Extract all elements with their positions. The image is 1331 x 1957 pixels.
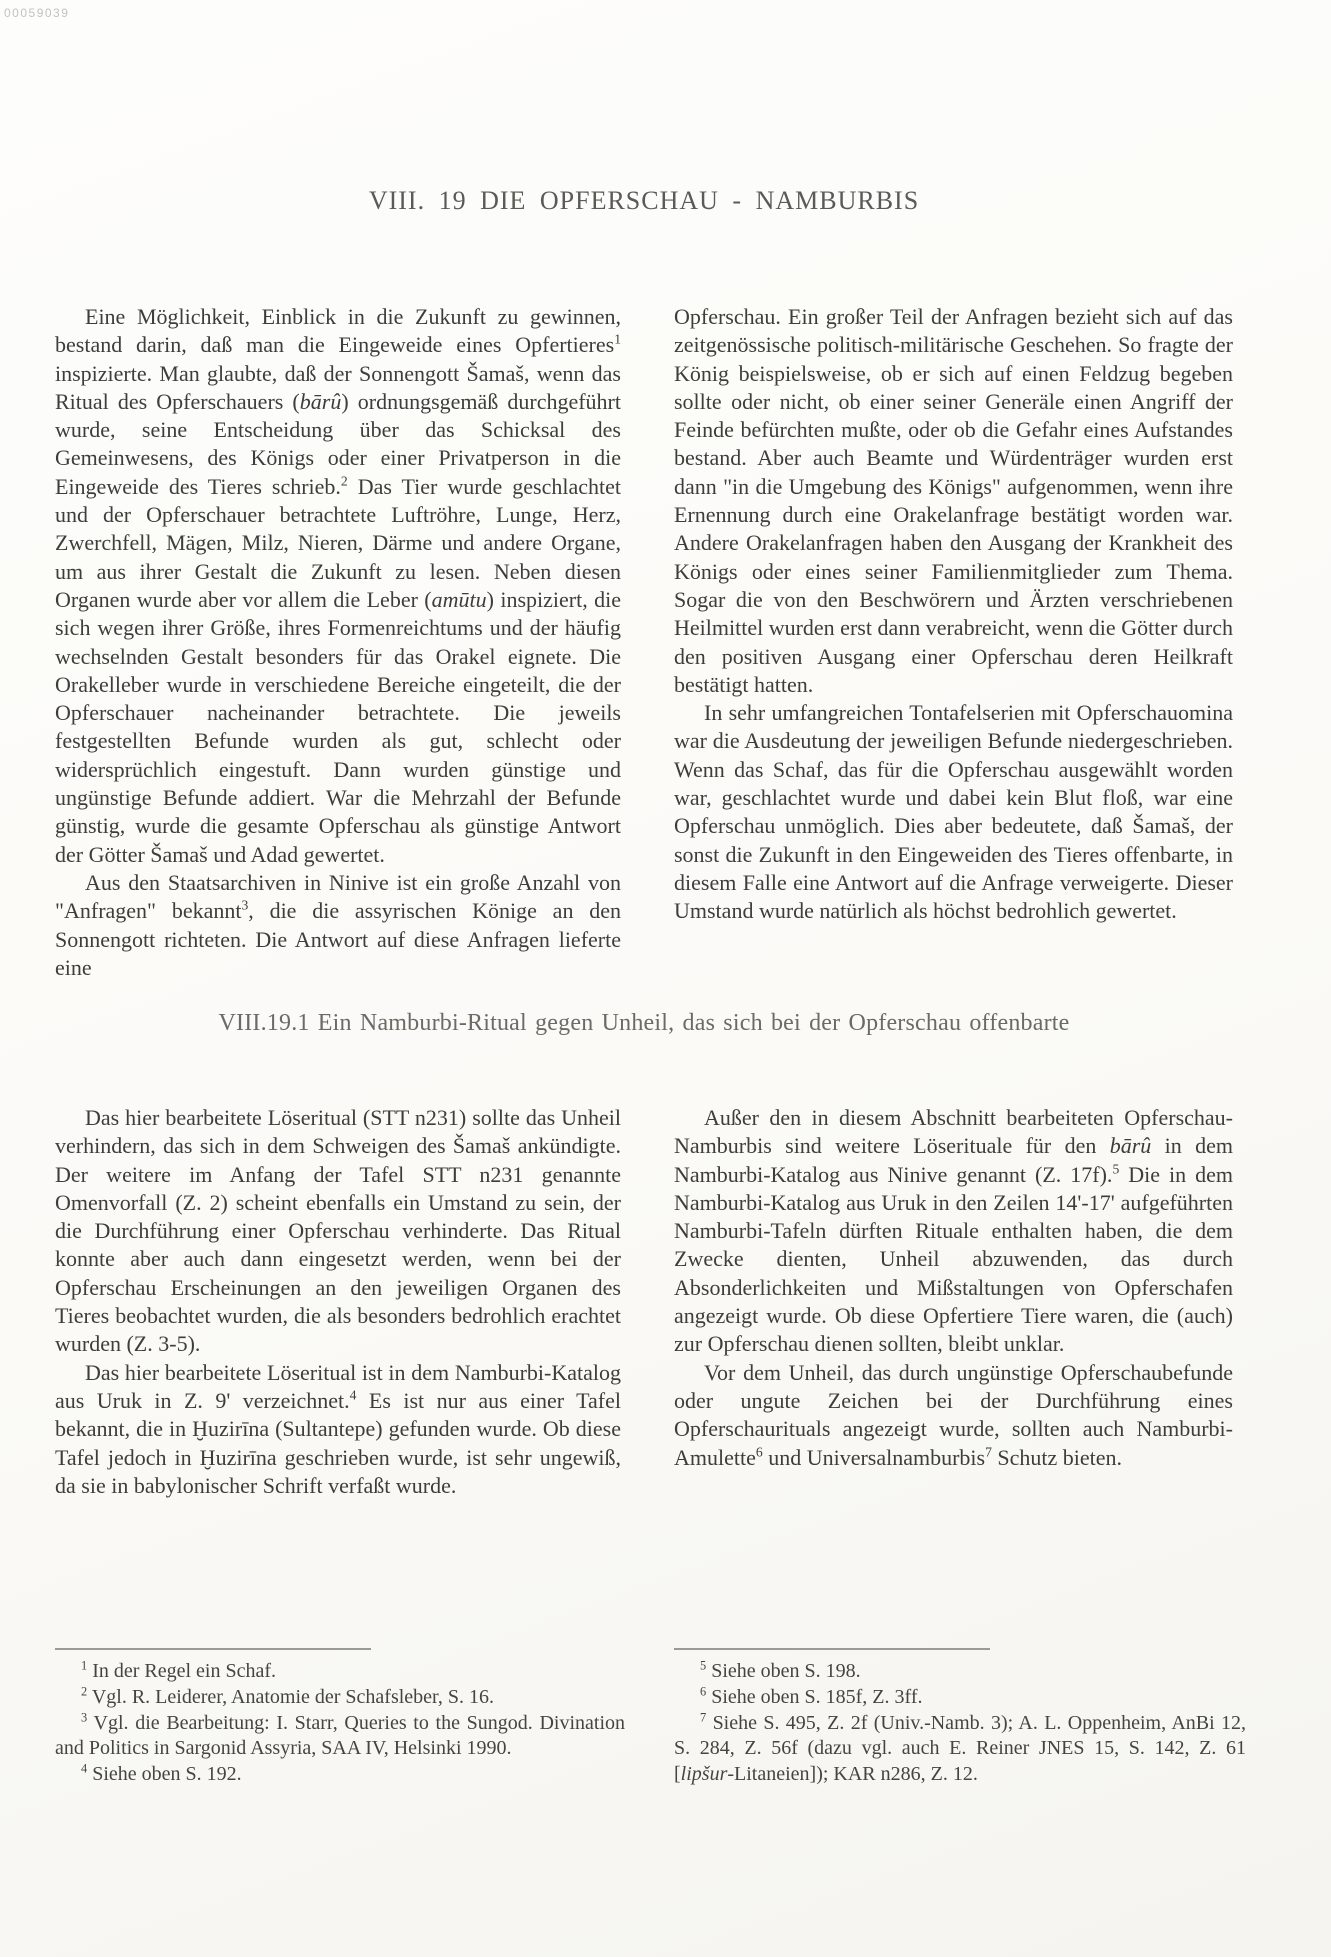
italic-term: lipšur [681, 1763, 728, 1785]
footnote-ref: 6 [756, 1444, 763, 1459]
paragraph: In sehr umfangreichen Tontafelserien mit… [674, 699, 1233, 925]
text-run: Siehe oben S. 185f, Z. 3ff. [711, 1686, 922, 1708]
italic-term: bārû [1110, 1133, 1152, 1158]
text-run: Siehe oben S. 198. [711, 1660, 860, 1682]
footnote: 5 Siehe oben S. 198. [674, 1659, 1246, 1685]
italic-term: amūtu [432, 587, 487, 612]
paragraph: Opferschau. Ein großer Teil der Anfragen… [674, 303, 1233, 699]
paragraph: Eine Möglichkeit, Einblick in die Zukunf… [55, 303, 621, 869]
footnote: 7 Siehe S. 495, Z. 2f (Univ.-Namb. 3); A… [674, 1711, 1246, 1788]
footnote: 1 In der Regel ein Schaf. [55, 1659, 625, 1685]
subsection-right-column: Außer den in diesem Abschnitt bearbeitet… [674, 1104, 1233, 1649]
footnote-marker: 2 [81, 1684, 87, 1698]
footnote: 3 Vgl. die Bearbeitung: I. Starr, Querie… [55, 1711, 625, 1763]
paragraph: Vor dem Unheil, das durch ungünstige Opf… [674, 1359, 1233, 1472]
footnote-list-left: 1 In der Regel ein Schaf.2 Vgl. R. Leide… [55, 1659, 625, 1788]
footnote-marker: 6 [700, 1684, 706, 1698]
footnote-marker: 1 [81, 1658, 87, 1672]
page-title: VIII. 19 DIE OPFERSCHAU - NAMBURBIS [55, 186, 1233, 216]
footnote-rule [674, 1648, 990, 1650]
scanned-book-page: 00059039 VIII. 19 DIE OPFERSCHAU - NAMBU… [0, 0, 1331, 1957]
text-run: Das hier bearbeitete Löseritual (STT n23… [55, 1105, 621, 1356]
text-run: Schutz bieten. [992, 1445, 1122, 1470]
text-run: In der Regel ein Schaf. [92, 1660, 276, 1682]
paragraph: Aus den Staatsarchiven in Ninive ist ein… [55, 869, 621, 982]
paragraph: Das hier bearbeitete Löseritual ist in d… [55, 1359, 621, 1500]
text-run: Opferschau. Ein großer Teil der Anfragen… [674, 304, 1233, 697]
footnotes-right: 5 Siehe oben S. 198.6 Siehe oben S. 185f… [674, 1648, 1246, 1788]
scan-number: 00059039 [4, 6, 69, 20]
footnote: 4 Siehe oben S. 192. [55, 1762, 625, 1788]
text-run: ) inspiziert, die sich wegen ihrer Größe… [55, 587, 621, 867]
intro-right-column: Opferschau. Ein großer Teil der Anfragen… [674, 303, 1233, 1015]
footnote-ref: 2 [341, 473, 348, 488]
footnote-marker: 7 [700, 1710, 706, 1724]
footnote-ref: 7 [985, 1444, 992, 1459]
paragraph: Das hier bearbeitete Löseritual (STT n23… [55, 1104, 621, 1359]
text-run: Eine Möglichkeit, Einblick in die Zukunf… [55, 304, 621, 357]
footnote: 2 Vgl. R. Leiderer, Anatomie der Schafsl… [55, 1685, 625, 1711]
intro-left-column: Eine Möglichkeit, Einblick in die Zukunf… [55, 303, 621, 1015]
subsection-left-column: Das hier bearbeitete Löseritual (STT n23… [55, 1104, 621, 1649]
footnote-ref: 1 [614, 332, 621, 347]
footnotes-left: 1 In der Regel ein Schaf.2 Vgl. R. Leide… [55, 1648, 625, 1788]
text-run: -Litaneien]); KAR n286, Z. 12. [727, 1763, 978, 1785]
italic-term: bārû [300, 389, 342, 414]
footnote-marker: 4 [81, 1762, 87, 1776]
footnote: 6 Siehe oben S. 185f, Z. 3ff. [674, 1685, 1246, 1711]
footnote-marker: 5 [700, 1658, 706, 1672]
text-run: Siehe oben S. 192. [92, 1763, 241, 1785]
text-run: Vgl. R. Leiderer, Anatomie der Schafsleb… [92, 1686, 494, 1708]
footnote-rule [55, 1648, 371, 1650]
text-run: und Universalnamburbis [763, 1445, 985, 1470]
footnote-marker: 3 [81, 1710, 87, 1724]
paragraph: Außer den in diesem Abschnitt bearbeitet… [674, 1104, 1233, 1359]
text-run: Vgl. die Bearbeitung: I. Starr, Queries … [55, 1712, 625, 1760]
text-run: Die in dem Namburbi-Katalog aus Uruk in … [674, 1162, 1233, 1357]
text-run: In sehr umfangreichen Tontafelserien mit… [674, 700, 1233, 923]
footnote-list-right: 5 Siehe oben S. 198.6 Siehe oben S. 185f… [674, 1659, 1246, 1788]
subsection-heading: VIII.19.1 Ein Namburbi-Ritual gegen Unhe… [55, 1010, 1233, 1037]
